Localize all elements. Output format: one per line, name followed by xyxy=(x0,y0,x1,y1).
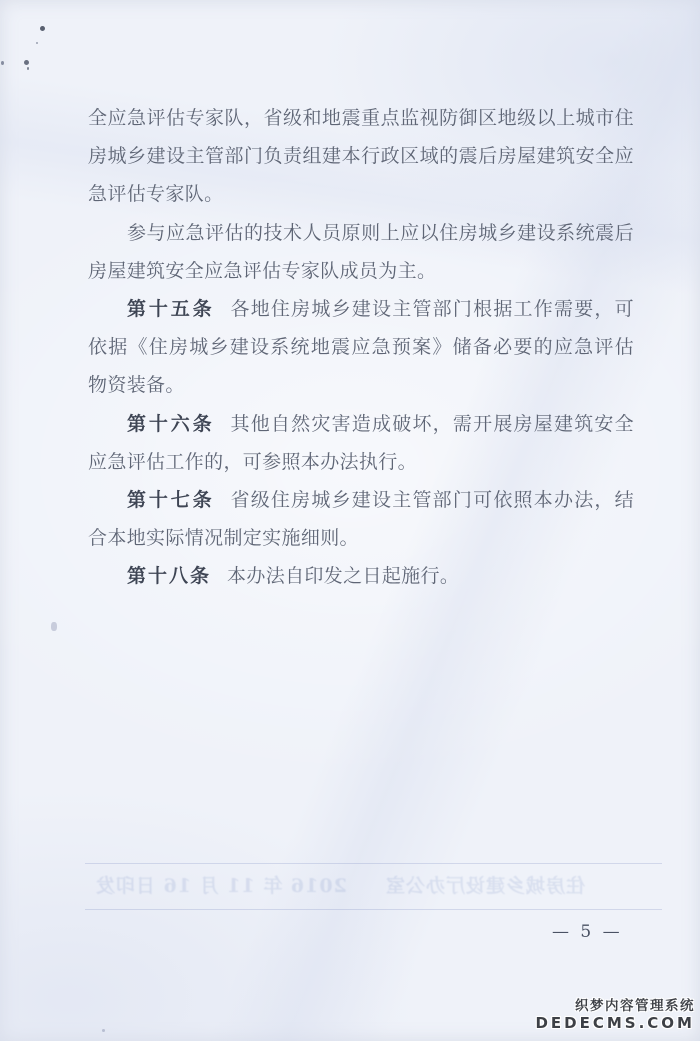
watermark-text-cn: 织梦内容管理系统 xyxy=(535,999,695,1015)
document-line: 第十五条各地住房城乡建设主管部门根据工作需要，可 xyxy=(88,290,634,328)
text-block: 全应急评估专家队，省级和地震重点监视防御区地级以上城市住房城乡建设主管部门负责组… xyxy=(88,99,634,596)
scan-speck xyxy=(51,622,57,631)
scan-speck xyxy=(27,67,29,70)
cms-watermark: 织梦内容管理系统 DEDECMS.COM xyxy=(535,999,695,1032)
colophon-bleedthrough: 2016 年 11 月 16 日印发 住房城乡建设厅办公室 xyxy=(85,863,662,910)
bleedthrough-office: 住房城乡建设厅办公室 xyxy=(385,871,585,898)
bleedthrough-date: 2016 年 11 月 16 日印发 xyxy=(95,871,347,898)
document-line: 急评估专家队。 xyxy=(88,175,634,213)
document-line: 应急评估工作的，可参照本办法执行。 xyxy=(88,443,634,481)
article-number: 第十八条 xyxy=(127,565,211,587)
document-line: 合本地实际情况制定实施细则。 xyxy=(88,519,634,557)
document-line: 房屋建筑安全应急评估专家队成员为主。 xyxy=(88,252,634,290)
article-number: 第十六条 xyxy=(127,413,214,435)
document-line: 依据《住房城乡建设系统地震应急预案》储备必要的应急评估 xyxy=(88,328,634,366)
bleedthrough-rule-top xyxy=(85,863,662,864)
scanned-page: 全应急评估专家队，省级和地震重点监视防御区地级以上城市住房城乡建设主管部门负责组… xyxy=(0,0,700,1041)
scan-speck xyxy=(36,42,38,44)
document-line: 第十八条本办法自印发之日起施行。 xyxy=(88,557,634,595)
page-number: — 5 — xyxy=(552,922,623,942)
document-line: 参与应急评估的技术人员原则上应以住房城乡建设系统震后 xyxy=(88,214,634,252)
scan-speck xyxy=(24,60,29,65)
scan-speck xyxy=(40,26,45,31)
document-line: 全应急评估专家队，省级和地震重点监视防御区地级以上城市住 xyxy=(88,99,634,137)
document-line: 物资装备。 xyxy=(88,366,634,404)
document-line: 第十七条省级住房城乡建设主管部门可依照本办法，结 xyxy=(88,481,634,519)
document-line: 第十六条其他自然灾害造成破坏，需开展房屋建筑安全 xyxy=(88,405,634,443)
document-line: 房城乡建设主管部门负责组建本行政区域的震后房屋建筑安全应 xyxy=(88,137,634,175)
watermark-text-domain: DEDECMS.COM xyxy=(535,1015,695,1032)
article-number: 第十五条 xyxy=(127,298,214,320)
article-number: 第十七条 xyxy=(127,489,214,511)
bleedthrough-rule-bottom xyxy=(85,909,662,910)
scan-speck xyxy=(102,1029,105,1032)
scan-speck xyxy=(1,61,4,65)
